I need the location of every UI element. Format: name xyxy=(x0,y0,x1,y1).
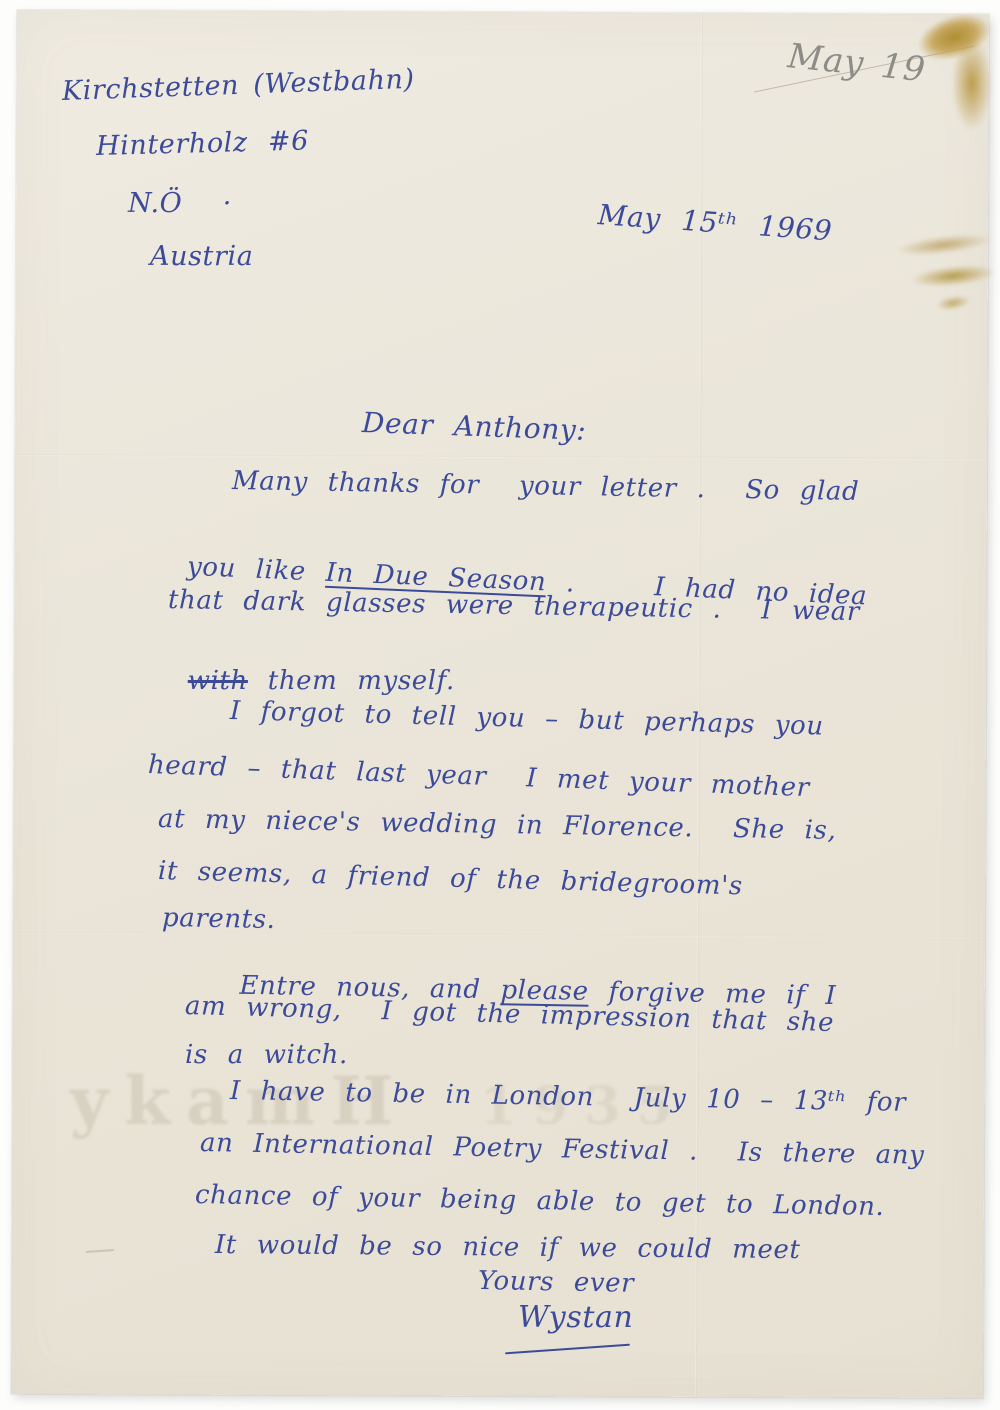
stain-speck xyxy=(935,293,972,313)
valediction: Yours ever xyxy=(478,1266,635,1299)
horizontal-fold-crease-upper xyxy=(15,454,987,460)
address-line-3: N.Ö · xyxy=(128,188,232,219)
body-p1-line4-text: them myself. xyxy=(248,666,455,696)
address-line-2: Hinterholz #6 xyxy=(96,125,310,162)
stain-streak-1 xyxy=(895,230,991,259)
body-p3-line3: is a witch. xyxy=(185,1040,348,1070)
stain-streak-2 xyxy=(910,262,997,290)
stain-corner-edge xyxy=(952,36,992,131)
address-line-4: Austria xyxy=(150,241,253,272)
horizontal-fold-crease-lower xyxy=(13,932,985,938)
body-p2-line5: parents. xyxy=(162,903,276,935)
signature: Wystan xyxy=(518,1300,633,1335)
body-p1-line2-pre: you like xyxy=(186,552,326,588)
scribbled-out-word: with xyxy=(188,666,248,696)
body-p4-line4: It would be so nice if we could meet xyxy=(215,1230,801,1265)
body-p1-line4: with them myself. xyxy=(148,636,455,696)
